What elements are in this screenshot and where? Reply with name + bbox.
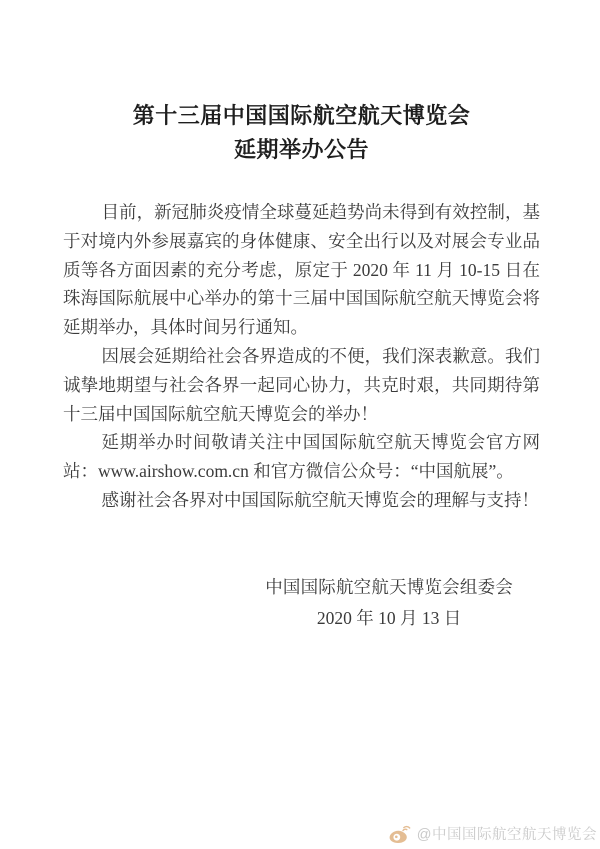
document-title: 第十三届中国国际航空航天博览会 延期举办公告 (63, 0, 540, 167)
watermark-text: @中国国际航空航天博览会 (417, 823, 597, 844)
announcement-page: 第十三届中国国际航空航天博览会 延期举办公告 目前，新冠肺炎疫情全球蔓延趋势尚未… (0, 0, 600, 849)
paragraph-apology: 因展会延期给社会各界造成的不便，我们深表歉意。我们诚挚地期望与社会各界一起同心协… (63, 342, 540, 428)
title-line-1: 第十三届中国国际航空航天博览会 (63, 99, 540, 133)
weibo-icon (388, 824, 412, 844)
weibo-icon-signal-outer (404, 826, 410, 827)
weibo-icon-pupil (395, 835, 398, 838)
signature-organization: 中国国际航空航天博览会组委会 (265, 572, 513, 603)
paragraph-official-channels: 延期举办时间敬请关注中国国际航空航天博览会官方网站：www.airshow.co… (63, 428, 540, 486)
watermark: @中国国际航空航天博览会 (388, 823, 597, 844)
document-content: 第十三届中国国际航空航天博览会 延期举办公告 目前，新冠肺炎疫情全球蔓延趋势尚未… (63, 0, 540, 634)
paragraph-thanks: 感谢社会各界对中国国际航空航天博览会的理解与支持！ (63, 486, 540, 515)
title-line-2: 延期举办公告 (63, 133, 540, 167)
paragraph-epidemic-postponement: 目前，新冠肺炎疫情全球蔓延趋势尚未得到有效控制，基于对境内外参展嘉宾的身体健康、… (63, 198, 540, 342)
signature-block: 中国国际航空航天博览会组委会 2020 年 10 月 13 日 (265, 572, 513, 634)
document-body: 目前，新冠肺炎疫情全球蔓延趋势尚未得到有效控制，基于对境内外参展嘉宾的身体健康、… (63, 198, 540, 515)
signature-date: 2020 年 10 月 13 日 (265, 603, 513, 634)
weibo-icon-signal-inner (403, 829, 407, 830)
